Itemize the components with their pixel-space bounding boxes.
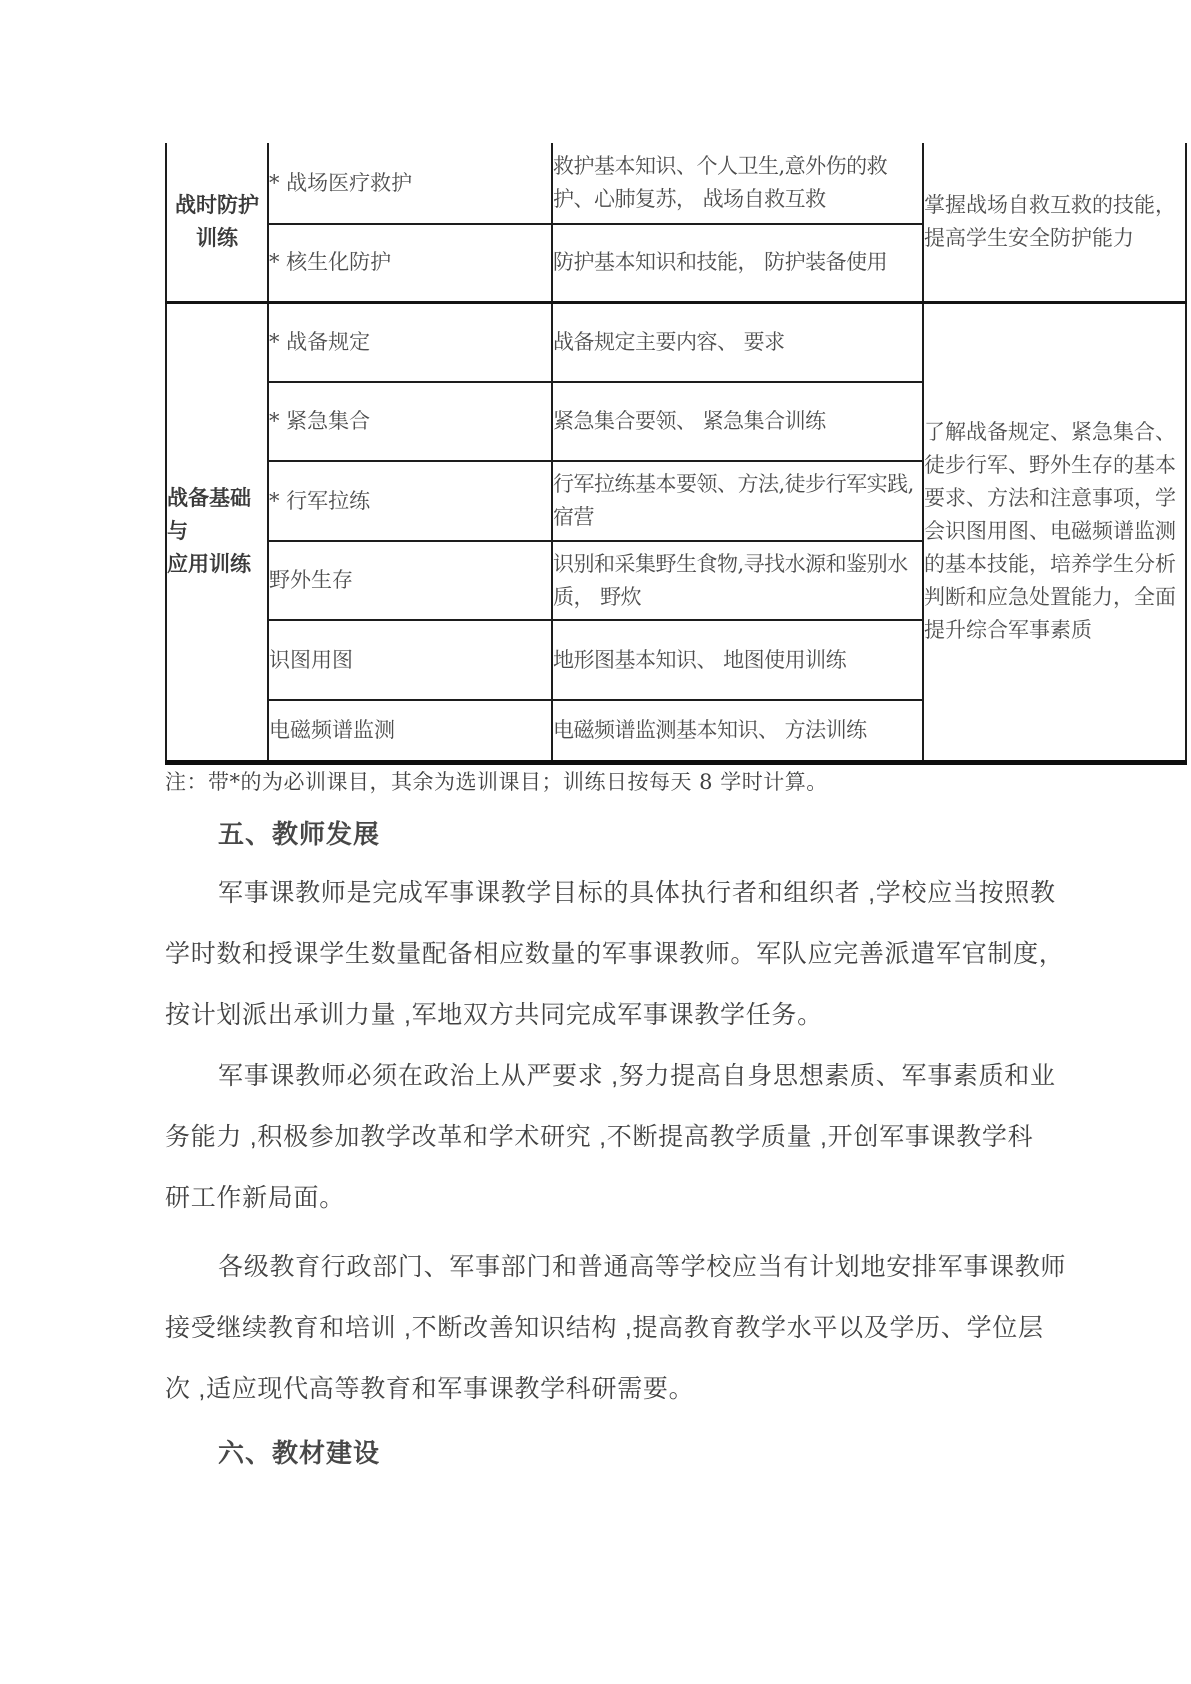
table-footnote: 注：带*的为必训课目，其余为选训课目；训练日按每天 8 学时计算。 [165, 766, 1065, 798]
objective-cell: 掌握战场自救互救的技能，提高学生安全防护能力 [923, 143, 1186, 302]
paragraph-line: 次 ,适应现代高等教育和军事课教学科研需要。 [165, 1359, 1090, 1420]
curriculum-table: 战时防护 训练 * 战场医疗救护 救护基本知识、个人卫生,意外伤的救护、心肺复苏… [165, 143, 1187, 765]
document-page: 战时防护 训练 * 战场医疗救护 救护基本知识、个人卫生,意外伤的救护、心肺复苏… [0, 0, 1191, 1684]
paragraph-line: 学时数和授课学生数量配备相应数量的军事课教师。军队应完善派遣军官制度， [165, 924, 1090, 985]
content-cell: 战备规定主要内容、 要求 [552, 302, 923, 382]
paragraph-line: 军事课教师是完成军事课教学目标的具体执行者和组织者 ,学校应当按照教 [165, 863, 1090, 924]
paragraph-line: 接受继续教育和培训 ,不断改善知识结构 ,提高教育教学水平以及学历、学位层 [165, 1298, 1090, 1359]
paragraph-line: 按计划派出承训力量 ,军地双方共同完成军事课教学任务。 [165, 985, 1090, 1046]
category-line: 与 [167, 515, 267, 548]
category-line: 战时防护 [167, 189, 267, 222]
paragraph: 军事课教师必须在政治上从严要求 ,努力提高自身思想素质、军事素质和业 务能力 ,… [165, 1046, 1090, 1229]
category-line: 训练 [167, 222, 267, 255]
category-line: 应用训练 [167, 548, 267, 581]
paragraph-line: 务能力 ,积极参加教学改革和学术研究 ,不断提高教学质量 ,开创军事课教学科 [165, 1107, 1090, 1168]
paragraph: 各级教育行政部门、军事部门和普通高等学校应当有计划地安排军事课教师 接受继续教育… [165, 1237, 1090, 1420]
paragraph: 军事课教师是完成军事课教学目标的具体执行者和组织者 ,学校应当按照教 学时数和授… [165, 863, 1090, 1046]
category-line: 战备基础 [167, 482, 267, 515]
content-cell: 紧急集合要领、 紧急集合训练 [552, 382, 923, 461]
paragraph-line: 军事课教师必须在政治上从严要求 ,努力提高自身思想素质、军事素质和业 [165, 1046, 1090, 1107]
subject-cell: * 战场医疗救护 [268, 143, 552, 224]
content-cell: 行军拉练基本要领、方法,徒步行军实践, 宿营 [552, 461, 923, 541]
category-cell-wartime-protection: 战时防护 训练 [166, 143, 268, 302]
subject-cell: * 战备规定 [268, 302, 552, 382]
subject-cell: 电磁频谱监测 [268, 700, 552, 762]
paragraph-line: 研工作新局面。 [165, 1168, 1090, 1229]
subject-cell: * 行军拉练 [268, 461, 552, 541]
section-heading-textbook-construction: 六、教材建设 [165, 1437, 1065, 1469]
category-cell-readiness-training: 战备基础 与 应用训练 [166, 302, 268, 762]
content-cell: 救护基本知识、个人卫生,意外伤的救护、心肺复苏， 战场自救互救 [552, 143, 923, 224]
paragraph-line: 各级教育行政部门、军事部门和普通高等学校应当有计划地安排军事课教师 [165, 1237, 1090, 1298]
subject-cell: * 紧急集合 [268, 382, 552, 461]
content-cell: 地形图基本知识、 地图使用训练 [552, 620, 923, 700]
content-cell: 识别和采集野生食物,寻找水源和鉴别水质， 野炊 [552, 541, 923, 620]
objective-cell: 了解战备规定、紧急集合、徒步行军、野外生存的基本要求、方法和注意事项，学会识图用… [923, 302, 1186, 762]
subject-cell: 野外生存 [268, 541, 552, 620]
subject-cell: * 核生化防护 [268, 224, 552, 302]
section-heading-teacher-development: 五、教师发展 [165, 818, 1065, 850]
content-cell: 电磁频谱监测基本知识、 方法训练 [552, 700, 923, 762]
content-cell: 防护基本知识和技能， 防护装备使用 [552, 224, 923, 302]
subject-cell: 识图用图 [268, 620, 552, 700]
